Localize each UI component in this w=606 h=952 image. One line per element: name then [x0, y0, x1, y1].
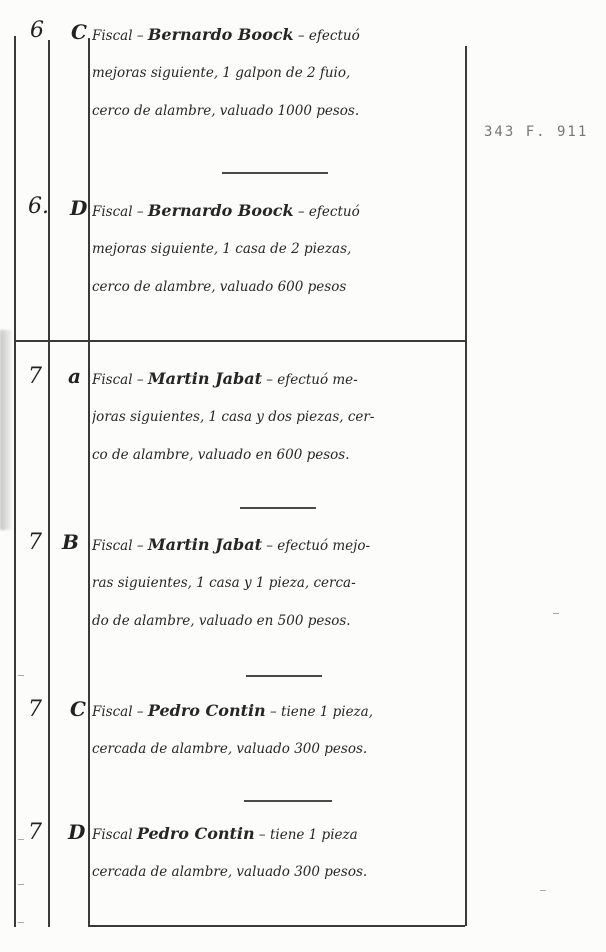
left-margin-rule	[14, 36, 16, 927]
entry-name: Pedro Contin	[137, 824, 255, 843]
entry-text: efectuó me-	[277, 372, 357, 388]
entry-title: Fiscal	[92, 538, 133, 554]
binding-shadow	[0, 330, 12, 530]
number-column-rule	[48, 40, 50, 927]
entry-title: Fiscal	[92, 372, 133, 388]
entry-title: Fiscal	[92, 204, 133, 220]
entry-letter: C	[70, 697, 86, 721]
margin-annotation: 343 F. 911	[484, 124, 588, 140]
margin-mark	[553, 613, 559, 614]
bottom-rule	[90, 925, 465, 927]
entry-heading: Fiscal – Pedro Contin – tiene 1 pieza,	[92, 692, 464, 730]
entry-number: 7	[28, 820, 42, 845]
entry-text: ras siguientes, 1 casa y 1 pieza, cerca-	[92, 564, 464, 602]
entry-separator	[240, 507, 316, 509]
margin-mark	[540, 890, 546, 891]
entry-text: mejoras siguiente, 1 casa de 2 piezas,	[92, 230, 464, 268]
entry-heading: Fiscal – Bernardo Boock – efectuó	[92, 192, 464, 230]
entry-text: tiene 1 pieza	[270, 827, 358, 843]
margin-mark	[18, 884, 24, 885]
entry-title: Fiscal	[92, 827, 133, 843]
entry-heading: Fiscal Pedro Contin – tiene 1 pieza	[92, 815, 464, 853]
entry-number: 7	[28, 364, 42, 389]
margin-mark	[18, 675, 24, 676]
letter-column-rule	[88, 38, 90, 927]
ledger-entry: Fiscal – Martin Jabat – efectuó mejo- ra…	[92, 526, 464, 640]
entry-text: cercada de alambre, valuado 300 pesos.	[92, 730, 464, 768]
entry-text: co de alambre, valuado en 600 pesos.	[92, 436, 464, 474]
right-margin-rule	[465, 46, 467, 926]
entry-text: mejoras siguiente, 1 galpon de 2 fuio,	[92, 54, 464, 92]
ledger-entry: Fiscal – Bernardo Boock – efectuó mejora…	[92, 16, 464, 130]
entry-name: Bernardo Boock	[148, 201, 294, 220]
margin-mark	[18, 922, 24, 923]
entry-title: Fiscal	[92, 704, 133, 720]
entry-letter: D	[70, 196, 87, 220]
entry-name: Martin Jabat	[148, 369, 262, 388]
entry-separator	[246, 675, 322, 677]
entry-title: Fiscal	[92, 28, 133, 44]
entry-number: 6	[30, 18, 44, 43]
entry-heading: Fiscal – Martin Jabat – efectuó me-	[92, 360, 464, 398]
entry-text: efectuó mejo-	[277, 538, 370, 554]
entry-text: efectuó	[309, 28, 360, 44]
entry-separator	[244, 800, 332, 802]
entry-name: Pedro Contin	[148, 701, 266, 720]
entry-text: cercada de alambre, valuado 300 pesos.	[92, 853, 464, 891]
entry-name: Bernardo Boock	[148, 25, 294, 44]
entry-text: cerco de alambre, valuado 1000 pesos.	[92, 92, 464, 130]
entry-text: cerco de alambre, valuado 600 pesos	[92, 268, 464, 306]
ledger-entry: Fiscal Pedro Contin – tiene 1 pieza cerc…	[92, 815, 464, 891]
entry-letter: B	[62, 530, 79, 554]
entry-heading: Fiscal – Martin Jabat – efectuó mejo-	[92, 526, 464, 564]
entry-number: 7	[28, 530, 42, 555]
entry-heading: Fiscal – Bernardo Boock – efectuó	[92, 16, 464, 54]
ledger-entry: Fiscal – Bernardo Boock – efectuó mejora…	[92, 192, 464, 306]
entry-text: tiene 1 pieza,	[281, 704, 373, 720]
ledger-page: 343 F. 911 6 C Fiscal – Bernardo Boock –…	[0, 0, 606, 952]
ledger-entry: Fiscal – Pedro Contin – tiene 1 pieza, c…	[92, 692, 464, 768]
entry-name: Martin Jabat	[148, 535, 262, 554]
entry-letter: D	[68, 820, 85, 844]
entry-letter: C	[71, 20, 87, 44]
margin-mark	[18, 839, 24, 840]
entry-number: 7	[28, 697, 42, 722]
entry-text: do de alambre, valuado en 500 pesos.	[92, 602, 464, 640]
section-divider	[14, 340, 466, 342]
entry-letter: a	[68, 364, 81, 388]
entry-number: 6.	[28, 194, 49, 219]
entry-separator	[222, 172, 328, 174]
entry-text: efectuó	[309, 204, 360, 220]
entry-text: joras siguientes, 1 casa y dos piezas, c…	[92, 398, 464, 436]
ledger-entry: Fiscal – Martin Jabat – efectuó me- jora…	[92, 360, 464, 474]
